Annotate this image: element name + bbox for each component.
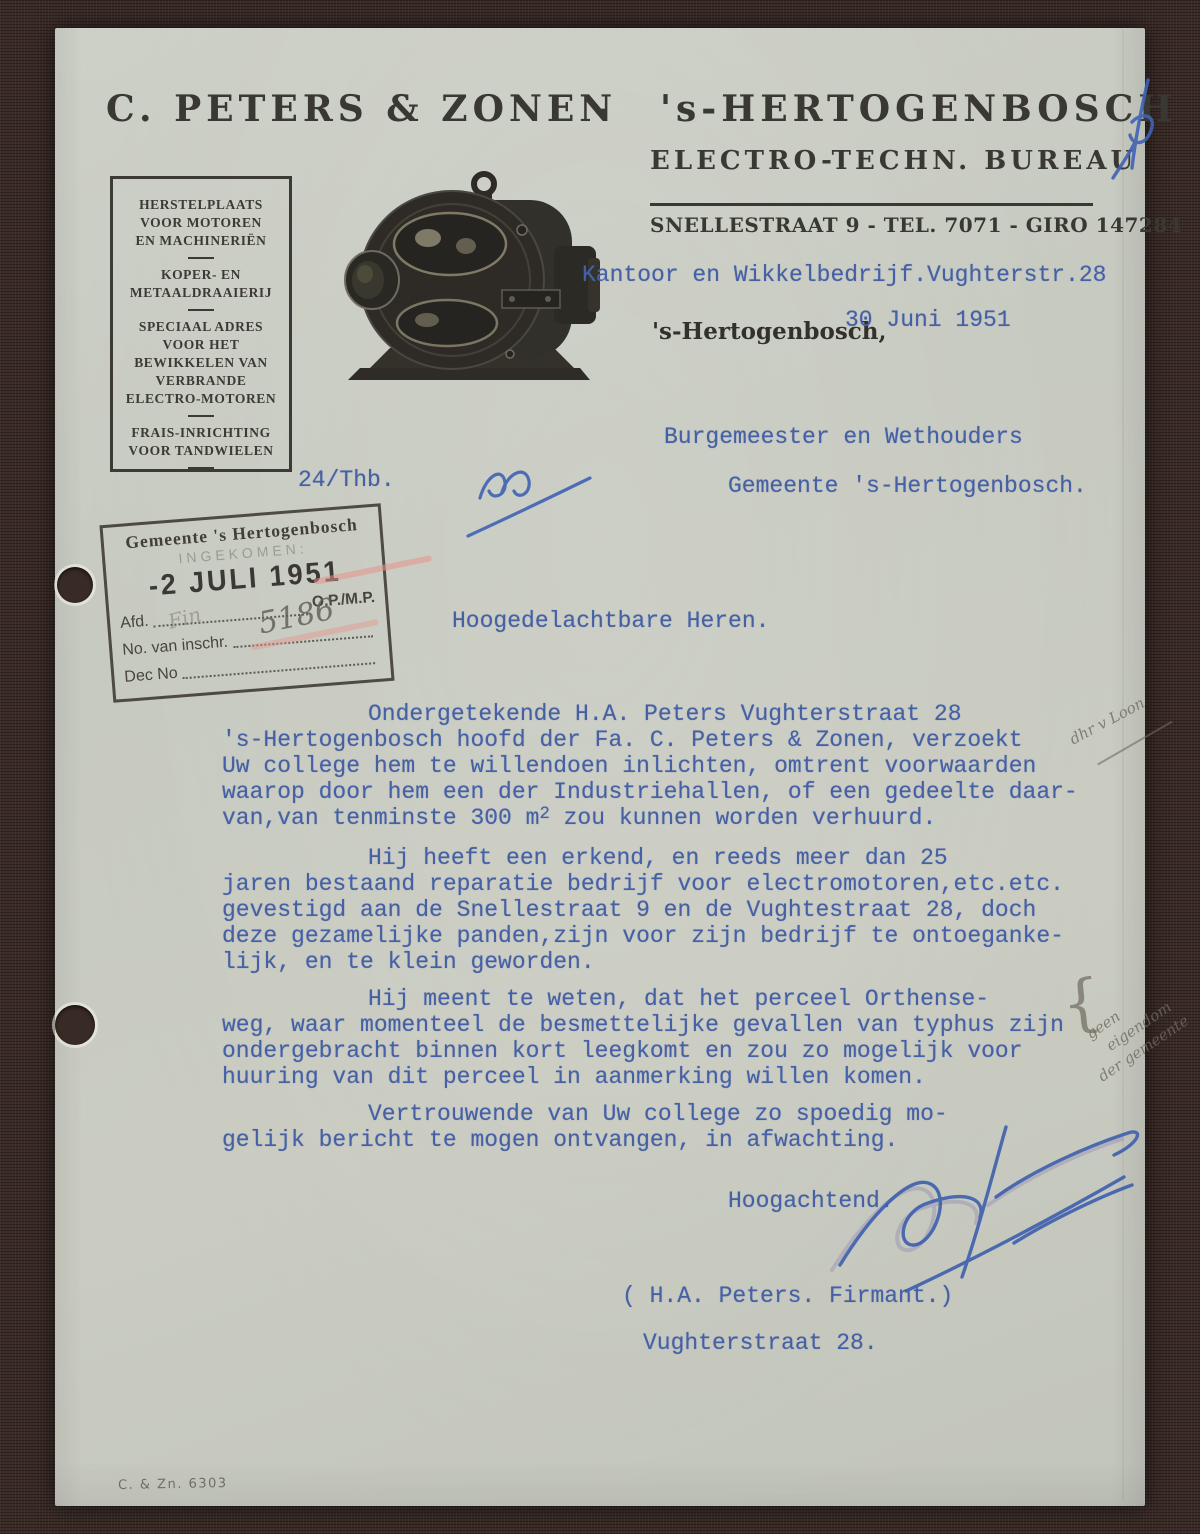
stamp-afd-label: Afd. [120,613,150,633]
letter-date: 30 Juni 1951 [845,307,1011,333]
service-line: EN MACHINERIËN [113,232,289,250]
service-item: HERSTELPLAATS VOOR MOTOREN EN MACHINERIË… [113,196,289,250]
square-meter-exponent: 2 [539,805,549,824]
service-line: ELECTRO-MOTOREN [113,390,289,408]
services-box: HERSTELPLAATS VOOR MOTOREN EN MACHINERIË… [110,176,292,472]
stamp-dotted-line [182,652,375,679]
recipient-line-1: Burgemeester en Wethouders [664,424,1023,450]
letterhead-contact: SNELLESTRAAT 9 - TEL. 7071 - GIRO 147284 [650,213,1182,237]
signer-name: ( H.A. Peters. Firmant.) [622,1283,953,1309]
stamp-afd-pencil: Fin [166,602,204,634]
body-line: waarop door hem een der Industriehallen,… [222,779,1107,805]
service-divider [188,309,214,311]
received-stamp: Gemeente 's Hertogenbosch INGEKOMEN: -2 … [99,503,394,703]
recipient-line-2: Gemeente 's-Hertogenbosch. [728,473,1087,499]
service-line: VOOR MOTOREN [113,214,289,232]
salutation: Hoogedelachtbare Heren. [452,608,769,634]
service-line: BEWIKKELEN VAN [113,354,289,372]
stamp-dec-label: Dec No [124,665,179,687]
body-line: Uw college hem te willendoen inlichten, … [222,753,1107,779]
service-line: VERBRANDE [113,372,289,390]
body-line: deze gezamelijke panden,zijn voor zijn b… [222,923,1107,949]
body-line: Ondergetekende H.A. Peters Vughterstraat… [222,701,1107,727]
scan-background: C. PETERS & ZONEN - 's-HERTOGENBOSCH ELE… [0,0,1200,1534]
initials-paraaf [458,438,598,546]
letterhead-rule [650,203,1093,206]
service-line: SPECIAAL ADRES [113,318,289,336]
body-line: Hij heeft een erkend, en reeds meer dan … [222,845,1107,871]
service-item: FRAIS-INRICHTING VOOR TANDWIELEN [113,424,289,460]
signer-address: Vughterstraat 28. [643,1330,878,1356]
body-line: jaren bestaand reparatie bedrijf voor el… [222,871,1107,897]
body-line: gevestigd aan de Snellestraat 9 en de Vu… [222,897,1107,923]
service-divider [188,467,214,469]
service-line: VOOR HET [113,336,289,354]
body-line: van,van tenminste 300 m2 zou kunnen word… [222,805,1107,834]
body-line: huuring van dit perceel in aanmerking wi… [222,1064,1107,1090]
signature-scrawl [810,1105,1160,1300]
body-line-part: van,van tenminste 300 m [222,805,539,831]
letter-body: Ondergetekende H.A. Peters Vughterstraat… [222,701,1107,1164]
body-line: ondergebracht binnen kort leegkomt en zo… [222,1038,1107,1064]
letter-paragraph: Hij heeft een erkend, en reeds meer dan … [222,845,1107,975]
service-item: SPECIAAL ADRES VOOR HET BEWIKKELEN VAN V… [113,318,289,408]
service-line: VOOR TANDWIELEN [113,442,289,460]
service-line: FRAIS-INRICHTING [113,424,289,442]
body-line: lijk, en te klein geworden. [222,949,1107,975]
reference-number: 24/Thb. [298,467,395,493]
body-line: 's-Hertogenbosch hoofd der Fa. C. Peters… [222,727,1107,753]
body-line: Hij meent te weten, dat het perceel Orth… [222,986,1107,1012]
letter-paragraph: Hij meent te weten, dat het perceel Orth… [222,986,1107,1090]
letterhead-bureau: ELECTRO-TECHN. BUREAU [650,146,1137,176]
letterhead-city: 's-HERTOGENBOSCH [660,88,1177,130]
pen-mark-icon [1108,74,1180,192]
office-line: Kantoor en Wikkelbedrijf.Vughterstr.28 [582,262,1107,288]
body-line: weg, waar momenteel de besmettelijke gev… [222,1012,1107,1038]
service-line: HERSTELPLAATS [113,196,289,214]
service-divider [188,415,214,417]
motor-illustration [332,168,610,390]
letterhead-company: C. PETERS & ZONEN [106,88,617,130]
letter-paragraph: Ondergetekende H.A. Peters Vughterstraat… [222,701,1107,834]
stamp-no-label: No. van inschr. [122,634,229,660]
printer-code: C. & Zn. 6303 [118,1476,228,1493]
punch-hole-top [57,567,93,603]
body-line-part: zou kunnen worden verhuurd. [550,805,936,831]
letterhead-dash: - [594,88,614,130]
punch-hole-bottom [55,1005,95,1045]
service-line: KOPER- EN [113,266,289,284]
service-line: METAALDRAAIERIJ [113,284,289,302]
service-divider [188,257,214,259]
service-item: KOPER- EN METAALDRAAIERIJ [113,266,289,302]
